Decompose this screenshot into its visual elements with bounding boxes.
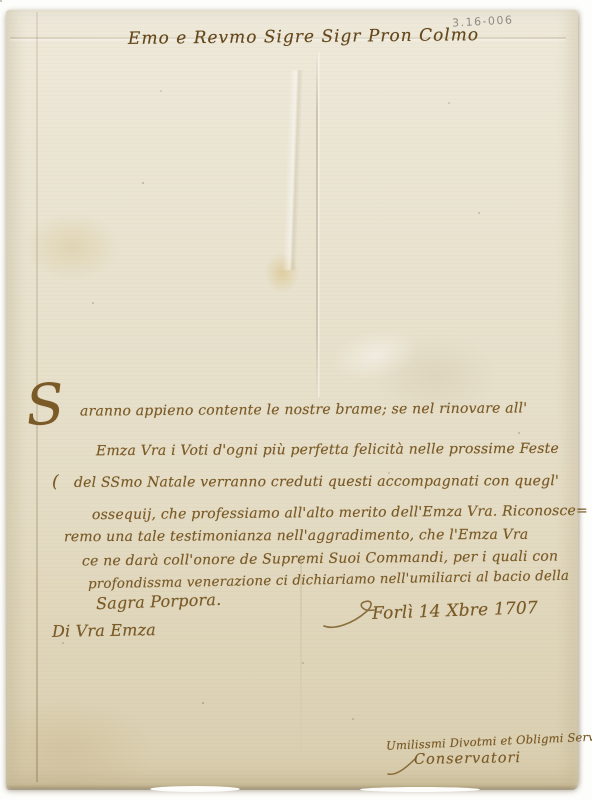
body-line-3: del SSmo Natale verranno creduti questi … bbox=[74, 473, 559, 491]
decorative-initial: S bbox=[24, 377, 66, 436]
body-line-2: Emza Vra i Voti d'ogni più perfetta feli… bbox=[96, 441, 559, 459]
scanned-letter: 3.16-006 Emo e Revmo Sigre Sigr Pron Col… bbox=[0, 0, 592, 800]
foxing-specks bbox=[0, 0, 2, 2]
body-line-1: aranno appieno contente le nostre brame;… bbox=[80, 400, 527, 419]
body-line-5: remo una tale testimonianza nell'aggradi… bbox=[64, 527, 528, 545]
salutation: Emo e Revmo Sigre Sigr Pron Colmo bbox=[128, 25, 479, 49]
valediction: Di Vra Emza bbox=[52, 620, 156, 641]
dateline-flourish bbox=[322, 596, 378, 630]
marginal-mark: ( bbox=[52, 472, 59, 492]
letter-page bbox=[6, 10, 578, 788]
signature-line-2: Conservatori bbox=[414, 750, 521, 768]
